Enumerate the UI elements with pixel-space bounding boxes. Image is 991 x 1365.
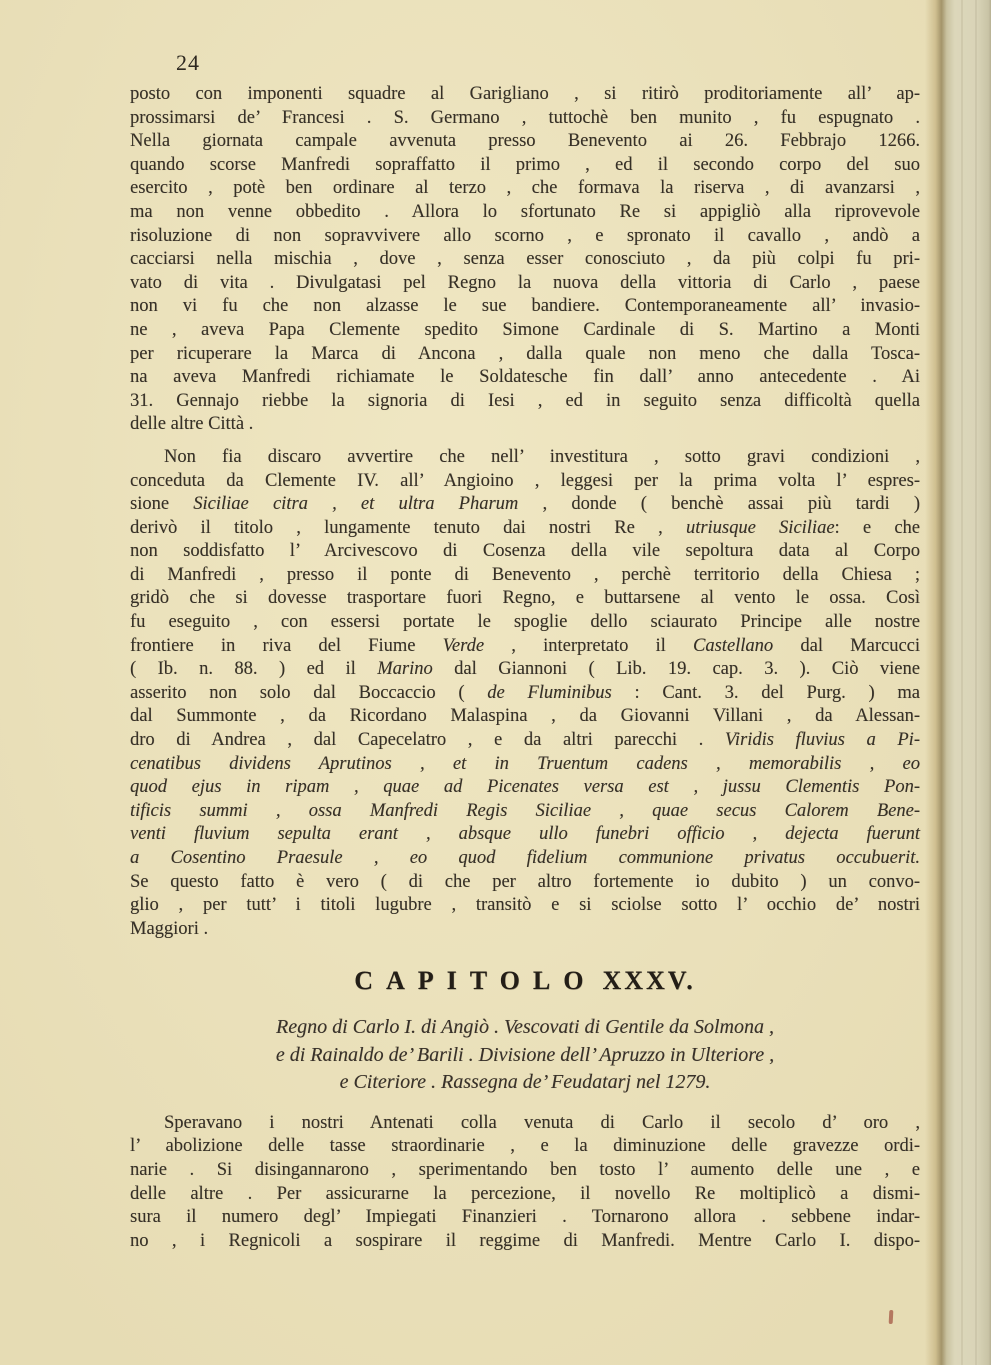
paper-streak [975, 0, 977, 1365]
italic-text-run: Siciliae citra , et ultra Pharum [193, 494, 518, 514]
text-line: conceduta da Clemente IV. all’ Angioino … [130, 470, 920, 494]
italic-text-run: utriusque Siciliae [686, 518, 835, 538]
text-line: fu eseguito , con essersi portate le spo… [130, 611, 920, 635]
italic-text-run: cenatibus dividens Aprutinos , et in Tru… [130, 754, 920, 774]
italic-text-run: Viridis fluvius a Pi- [725, 730, 920, 750]
text-run: ma non venne obbedito . Allora lo sfortu… [130, 202, 920, 222]
text-line: gridò che si dovesse trasportare fuori R… [130, 587, 920, 611]
text-line: cacciarsi nella mischia , dove , senza e… [130, 248, 920, 272]
text-run: posto con imponenti squadre al Gariglian… [130, 84, 920, 104]
paper-streak [961, 0, 963, 1365]
text-run: : Cant. 3. del Purg. ) ma [612, 683, 920, 703]
text-line: posto con imponenti squadre al Gariglian… [130, 83, 920, 107]
text-run: quando scorse Manfredi sopraffatto il pr… [130, 155, 920, 175]
text-run: asserito non solo dal Boccaccio ( [130, 683, 487, 703]
text-run: l’ abolizione delle tasse straordinarie … [130, 1136, 920, 1156]
text-run: ne , aveva Papa Clemente spedito Simone … [130, 320, 920, 340]
text-line: a Cosentino Praesule , eo quod fidelium … [130, 847, 920, 871]
text-run: ( Ib. n. 88. ) ed il [130, 659, 377, 679]
text-line: Nella giornata campale avvenuta presso B… [130, 130, 920, 154]
text-run: na aveva Manfredi richiamate le Soldates… [130, 367, 920, 387]
chapter-summary-line: Regno di Carlo I. di Angiò . Vescovati d… [130, 1014, 920, 1042]
text-run: Non fia discaro avvertire che nell’ inve… [164, 447, 920, 467]
text-line: l’ abolizione delle tasse straordinarie … [130, 1135, 920, 1159]
text-run: Nella giornata campale avvenuta presso B… [130, 131, 920, 151]
italic-text-run: Marino [377, 659, 433, 679]
text-run: delle altre Città . [130, 414, 253, 434]
text-run: : e che [835, 518, 920, 538]
paragraph-1: posto con imponenti squadre al Gariglian… [130, 83, 920, 437]
italic-text-run: tificis summi , ossa Manfredi Regis Sici… [130, 801, 920, 821]
page-number: 24 [176, 50, 200, 76]
text-line: delle altre Città . [130, 413, 920, 437]
text-run: cacciarsi nella mischia , dove , senza e… [130, 249, 920, 269]
text-run: dal Giannoni ( Lib. 19. cap. 3. ). Ciò v… [433, 659, 920, 679]
chapter-heading-numeral: XXXV. [602, 966, 695, 995]
text-run: derivò il titolo , lungamente tenuto dai… [130, 518, 686, 538]
chapter-summary: Regno di Carlo I. di Angiò . Vescovati d… [130, 1014, 920, 1097]
italic-text-run: de Fluminibus [487, 683, 611, 703]
text-line: prossimarsi de’ Francesi . S. Germano , … [130, 107, 920, 131]
red-ink-mark [889, 1310, 894, 1324]
text-run: risoluzione di non sopravvivere allo sco… [130, 226, 920, 246]
scanned-book-page: { "page": { "number": "24", "paper_color… [0, 0, 991, 1365]
text-line: frontiere in riva del Fiume Verde , inte… [130, 635, 920, 659]
text-run: fu eseguito , con essersi portate le spo… [130, 612, 920, 632]
chapter-summary-line: e Citeriore . Rassegna de’ Feudatarj nel… [130, 1069, 920, 1097]
text-run: prossimarsi de’ Francesi . S. Germano , … [130, 108, 920, 128]
chapter-summary-line: e di Rainaldo de’ Barili . Divisione del… [130, 1042, 920, 1070]
text-line: Speravano i nostri Antenati colla venuta… [130, 1112, 920, 1136]
text-run: frontiere in riva del Fiume [130, 636, 443, 656]
text-line: quando scorse Manfredi sopraffatto il pr… [130, 154, 920, 178]
text-line: asserito non solo dal Boccaccio ( de Flu… [130, 682, 920, 706]
text-line: ma non venne obbedito . Allora lo sfortu… [130, 201, 920, 225]
text-line: venti fluvium sepulta erant , absque ull… [130, 823, 920, 847]
text-line: non vi fu che non alzasse le sue bandier… [130, 295, 920, 319]
italic-text-run: venti fluvium sepulta erant , absque ull… [130, 824, 920, 844]
text-run: vato di vita . Divulgatasi pel Regno la … [130, 273, 920, 293]
text-line: no , i Regnicoli a sospirare il reggime … [130, 1230, 920, 1254]
text-run: Se questo fatto è vero ( di che per altr… [130, 872, 920, 892]
text-run: dro di Andrea , dal Capecelatro , e da a… [130, 730, 725, 750]
italic-text-run: Verde [443, 636, 484, 656]
text-line: tificis summi , ossa Manfredi Regis Sici… [130, 800, 920, 824]
text-line: cenatibus dividens Aprutinos , et in Tru… [130, 753, 920, 777]
text-line: di Manfredi , presso il ponte di Beneven… [130, 564, 920, 588]
chapter-heading: CAPITOLOXXXV. [130, 966, 920, 996]
text-run: non vi fu che non alzasse le sue bandier… [130, 296, 920, 316]
text-line: sura il numero degl’ Impiegati Finanzier… [130, 1206, 920, 1230]
text-run: Speravano i nostri Antenati colla venuta… [164, 1113, 920, 1133]
text-line: derivò il titolo , lungamente tenuto dai… [130, 517, 920, 541]
text-line: esercito , potè ben ordinare al terzo , … [130, 177, 920, 201]
text-run: no , i Regnicoli a sospirare il reggime … [130, 1231, 920, 1251]
text-block: posto con imponenti squadre al Gariglian… [130, 83, 920, 1253]
text-run: esercito , potè ben ordinare al terzo , … [130, 178, 920, 198]
text-run: glio , per tutt’ i titoli lugubre , tran… [130, 895, 920, 915]
text-line: vato di vita . Divulgatasi pel Regno la … [130, 272, 920, 296]
text-run: sione [130, 494, 193, 514]
text-line: quod ejus in ripam , quae ad Picenates v… [130, 776, 920, 800]
paragraph-3: Speravano i nostri Antenati colla venuta… [130, 1112, 920, 1254]
text-line: Se questo fatto è vero ( di che per altr… [130, 871, 920, 895]
text-run: gridò che si dovesse trasportare fuori R… [130, 588, 920, 608]
text-line: risoluzione di non sopravvivere allo sco… [130, 225, 920, 249]
text-line: Non fia discaro avvertire che nell’ inve… [130, 446, 920, 470]
text-run: narie . Si disingannarono , sperimentand… [130, 1160, 920, 1180]
text-line: narie . Si disingannarono , sperimentand… [130, 1159, 920, 1183]
text-line: non soddisfatto l’ Arcivescovo di Cosenz… [130, 540, 920, 564]
text-run: dal Marcucci [773, 636, 920, 656]
text-run: Maggiori . [130, 919, 208, 939]
text-run: conceduta da Clemente IV. all’ Angioino … [130, 471, 920, 491]
page-edge-shadow [925, 0, 991, 1365]
chapter-heading-word: CAPITOLO [354, 966, 596, 995]
text-run: , donde ( benchè assai più tardi ) [518, 494, 920, 514]
paragraph-2: Non fia discaro avvertire che nell’ inve… [130, 446, 920, 941]
text-line: sione Siciliae citra , et ultra Pharum ,… [130, 493, 920, 517]
text-run: , interpretato il [484, 636, 693, 656]
text-line: ( Ib. n. 88. ) ed il Marino dal Giannoni… [130, 658, 920, 682]
text-run: delle altre . Per assicurarne la percezi… [130, 1184, 920, 1204]
italic-text-run: quod ejus in ripam , quae ad Picenates v… [130, 777, 920, 797]
italic-text-run: a Cosentino Praesule , eo quod fidelium … [130, 848, 920, 868]
text-line: 31. Gennajo riebbe la signoria di Iesi ,… [130, 390, 920, 414]
text-line: Maggiori . [130, 918, 920, 942]
text-run: 31. Gennajo riebbe la signoria di Iesi ,… [130, 391, 920, 411]
text-line: na aveva Manfredi richiamate le Soldates… [130, 366, 920, 390]
text-line: glio , per tutt’ i titoli lugubre , tran… [130, 894, 920, 918]
text-run: sura il numero degl’ Impiegati Finanzier… [130, 1207, 920, 1227]
text-line: dro di Andrea , dal Capecelatro , e da a… [130, 729, 920, 753]
italic-text-run: Castellano [693, 636, 773, 656]
text-run: non soddisfatto l’ Arcivescovo di Cosenz… [130, 541, 920, 561]
text-line: dal Summonte , da Ricordano Malaspina , … [130, 705, 920, 729]
text-run: dal Summonte , da Ricordano Malaspina , … [130, 706, 920, 726]
text-line: delle altre . Per assicurarne la percezi… [130, 1183, 920, 1207]
text-line: ne , aveva Papa Clemente spedito Simone … [130, 319, 920, 343]
text-run: per ricuperare la Marca di Ancona , dall… [130, 344, 920, 364]
text-run: di Manfredi , presso il ponte di Beneven… [130, 565, 920, 585]
text-line: per ricuperare la Marca di Ancona , dall… [130, 343, 920, 367]
